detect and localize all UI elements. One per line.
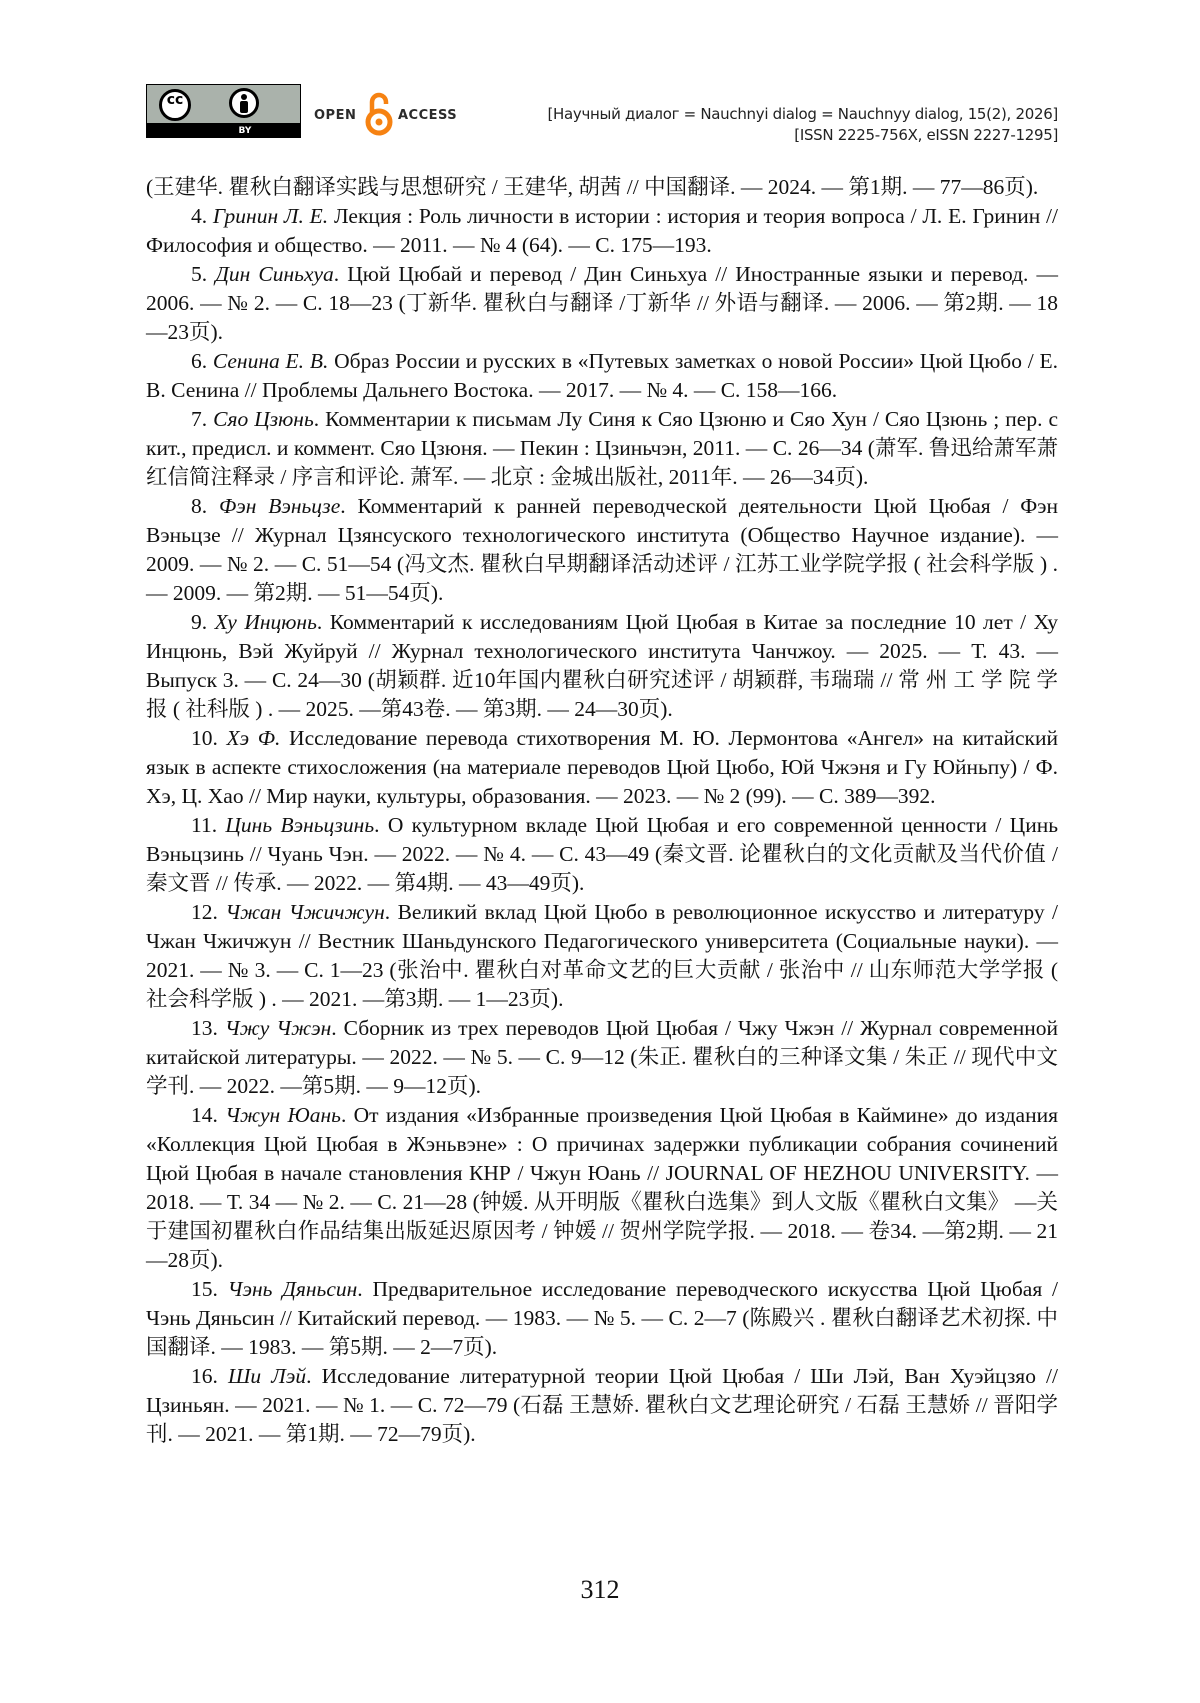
reference-author: Ши Лэй: [228, 1364, 306, 1388]
document-page: cc BY OPEN ACCESS [Научный диалог = Nauc…: [0, 0, 1200, 1703]
open-access-logo: OPEN ACCESS: [314, 88, 464, 138]
reference-item: 12. Чжан Чжичжун. Великий вклад Цюй Цюбо…: [146, 898, 1058, 1014]
reference-item: 9. Ху Инцюнь. Комментарий к исследования…: [146, 608, 1058, 724]
page-number: 312: [0, 1575, 1200, 1605]
page-header: cc BY OPEN ACCESS [Научный диалог = Nauc…: [146, 84, 1058, 144]
reference-author: Ху Инцюнь: [215, 610, 317, 634]
journal-issn-line: [ISSN 2225-756X, eISSN 2227-1295]: [547, 125, 1058, 146]
journal-citation: [Научный диалог = Nauchnyi dialog = Nauc…: [547, 104, 1058, 146]
reference-continuation: (王建华. 瞿秋白翻译实践与思想研究 / 王建华, 胡茜 // 中国翻译. — …: [146, 173, 1058, 202]
reference-author: Фэн Вэньцзе: [219, 494, 340, 518]
reference-author: Сяо Цзюнь: [213, 407, 314, 431]
reference-item: 14. Чжун Юань. От издания «Избранные про…: [146, 1101, 1058, 1275]
reference-author: Дин Синьхуа: [215, 262, 334, 286]
license-label: BY: [225, 126, 265, 136]
license-bar: [147, 123, 300, 137]
cc-by-license-badge[interactable]: cc BY: [146, 84, 301, 138]
attribution-icon: [229, 88, 259, 118]
reference-author: Гринин Л. Е.: [213, 204, 328, 228]
reference-item: 15. Чэнь Дяньсин. Предварительное исслед…: [146, 1275, 1058, 1362]
open-word: OPEN: [314, 108, 356, 123]
reference-item: 13. Чжу Чжэн. Сборник из трех переводов …: [146, 1014, 1058, 1101]
access-word: ACCESS: [398, 108, 457, 123]
open-access-lock-icon: [364, 90, 394, 136]
journal-title-line: [Научный диалог = Nauchnyi dialog = Nauc…: [547, 104, 1058, 125]
reference-item: 10. Хэ Ф. Исследование перевода стихотво…: [146, 724, 1058, 811]
reference-author: Чжу Чжэн: [225, 1016, 331, 1040]
reference-author: Чжун Юань: [225, 1103, 341, 1127]
reference-item: 7. Сяо Цзюнь. Комментарии к письмам Лу С…: [146, 405, 1058, 492]
reference-author: Чэнь Дяньсин: [228, 1277, 358, 1301]
reference-item: 6. Сенина Е. В. Образ России и русских в…: [146, 347, 1058, 405]
reference-item: 4. Гринин Л. Е. Лекция : Роль личности в…: [146, 202, 1058, 260]
reference-item: 16. Ши Лэй. Исследование литературной те…: [146, 1362, 1058, 1449]
reference-item: 8. Фэн Вэньцзе. Комментарий к ранней пер…: [146, 492, 1058, 608]
cc-icon: cc: [159, 89, 191, 121]
reference-author: Цинь Вэньцзинь: [225, 813, 374, 837]
reference-item: 11. Цинь Вэньцзинь. О культурном вкладе …: [146, 811, 1058, 898]
reference-item: 5. Дин Синьхуа. Цюй Цюбай и перевод / Ди…: [146, 260, 1058, 347]
reference-author: Хэ Ф.: [227, 726, 281, 750]
reference-author: Сенина Е. В.: [213, 349, 328, 373]
reference-list: (王建华. 瞿秋白翻译实践与思想研究 / 王建华, 胡茜 // 中国翻译. — …: [146, 173, 1058, 1449]
reference-author: Чжан Чжичжун: [225, 900, 384, 924]
